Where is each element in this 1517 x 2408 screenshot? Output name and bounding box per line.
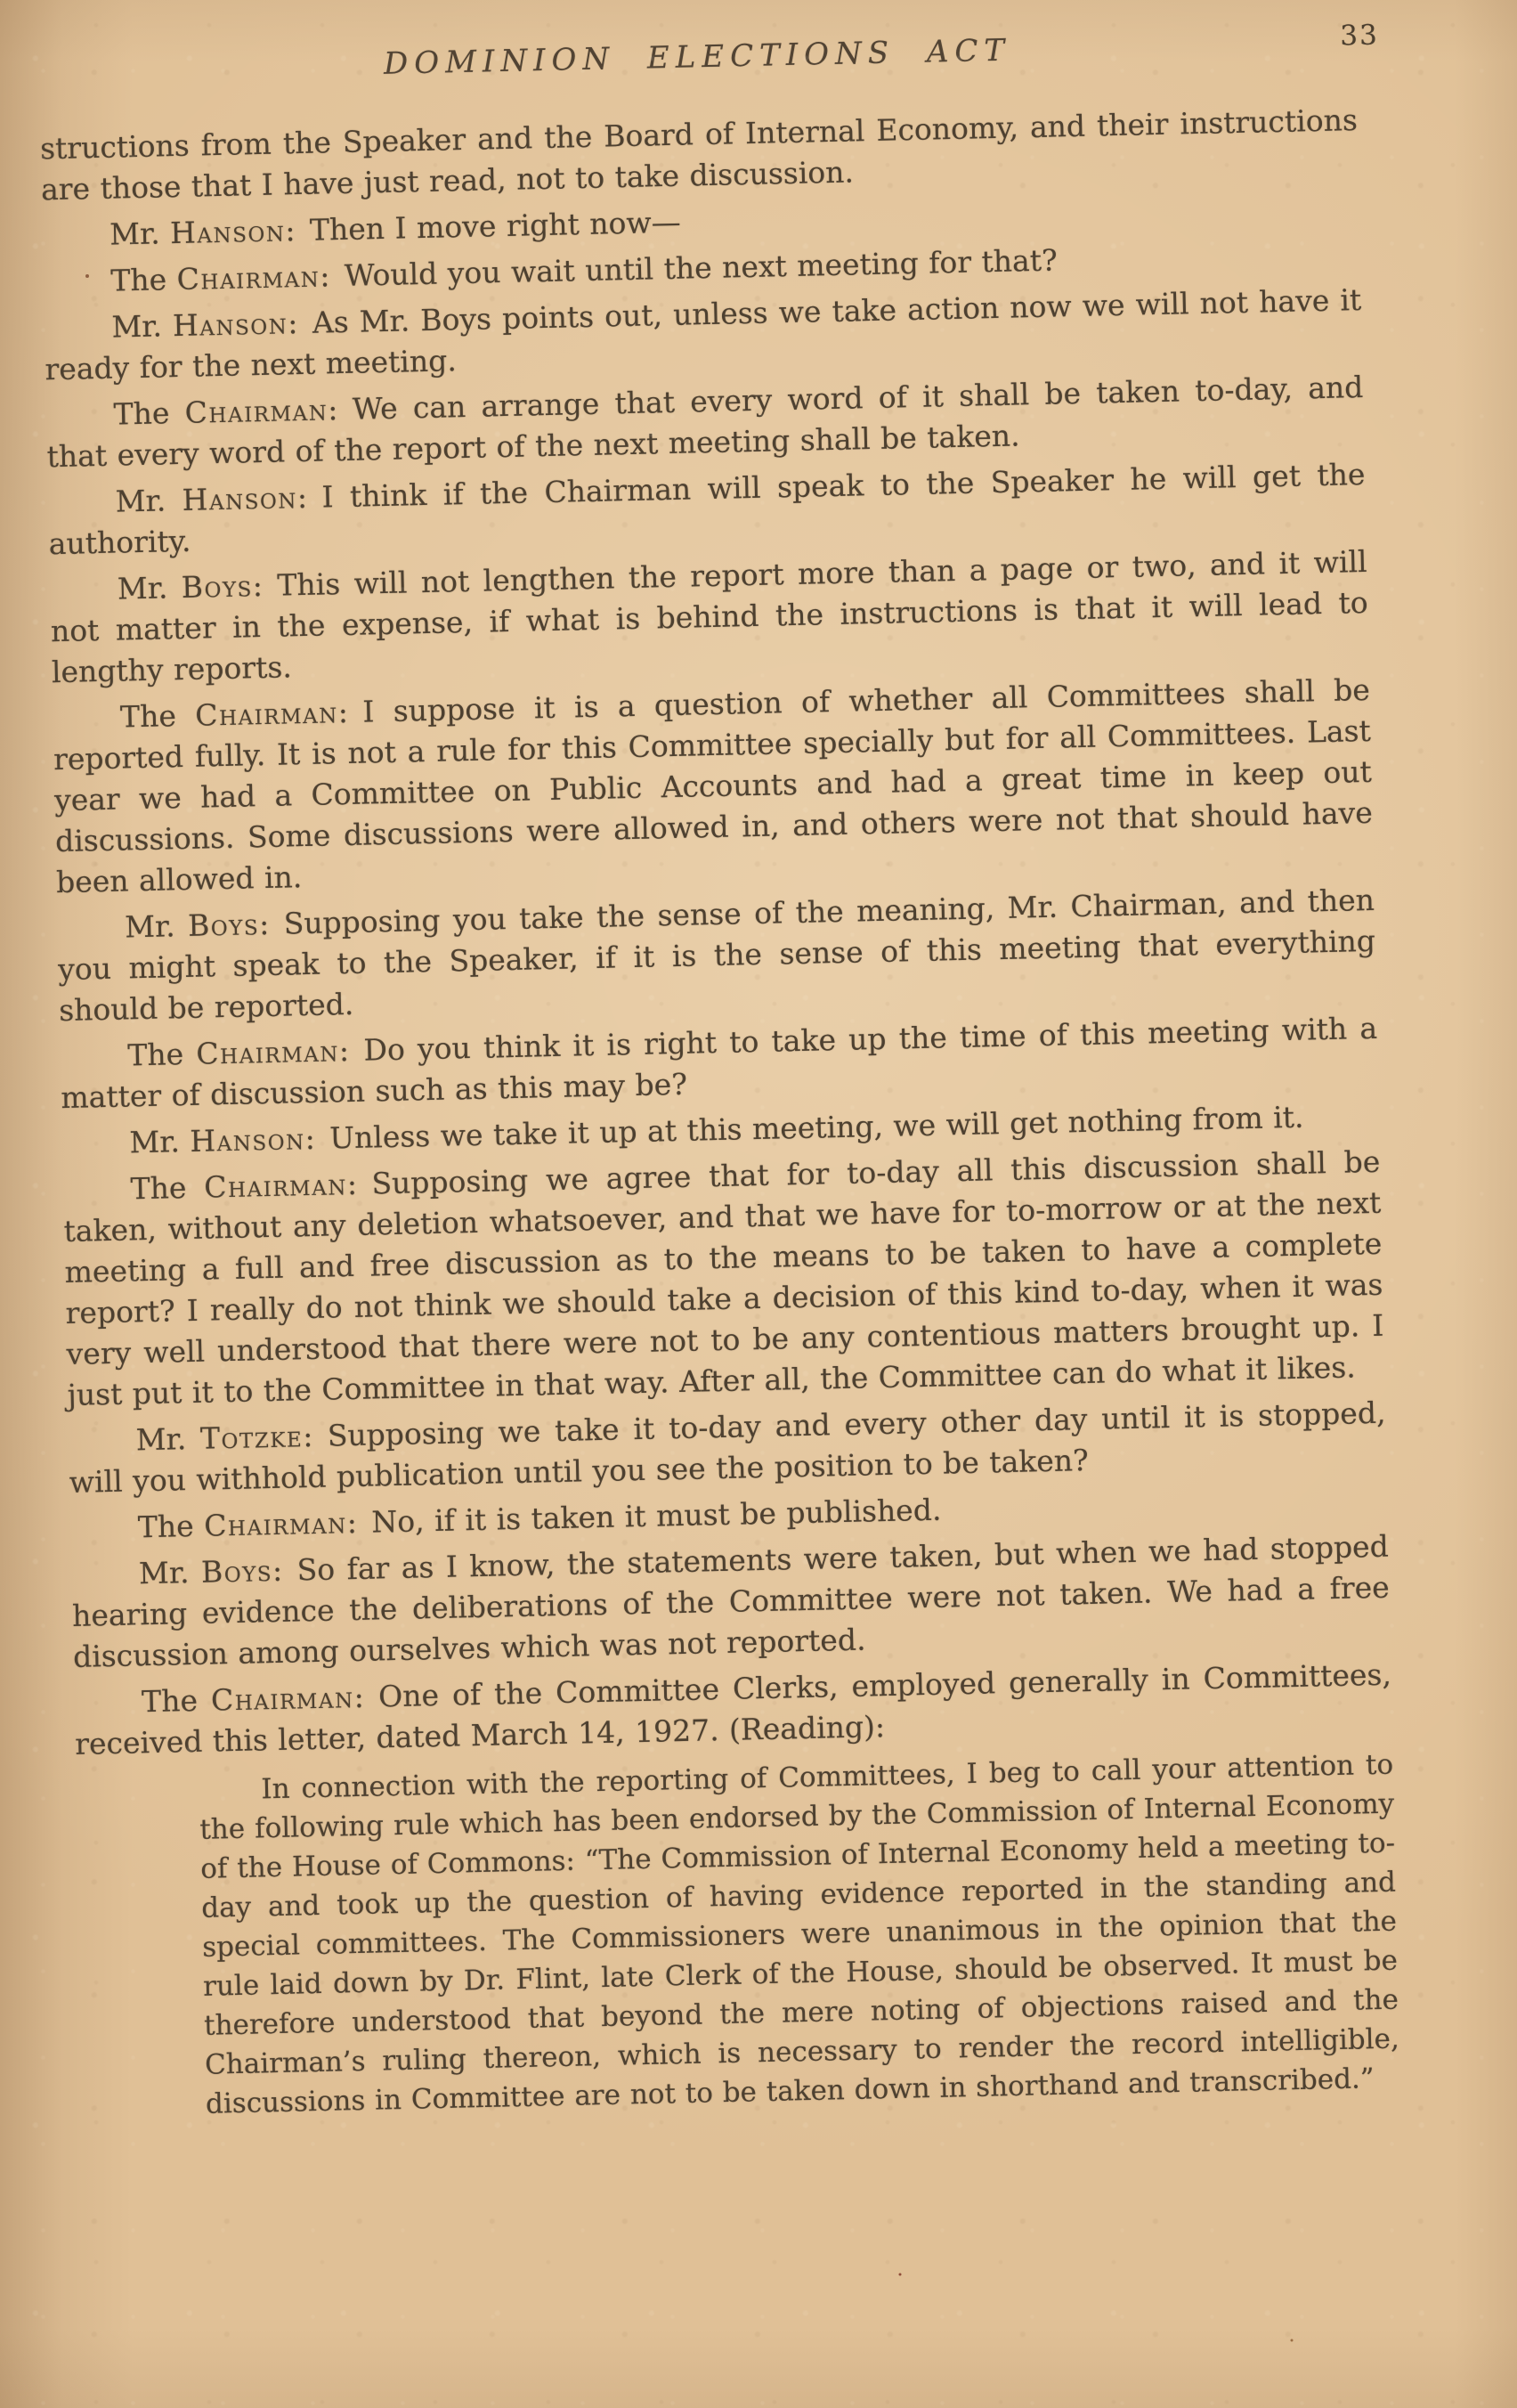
speaker-name: Chairman [204, 1167, 347, 1204]
speaker-label: Mr. Hanson: [115, 480, 322, 519]
speaker-name: Chairman [211, 1680, 354, 1717]
speaker-name: Chairman [204, 1505, 347, 1542]
speaker-name: Boys [201, 1553, 273, 1590]
book-page-scan: DOMINION ELECTIONS ACT 33 structions fro… [0, 0, 1517, 2408]
speaker-label: Mr. Boys: [125, 907, 284, 945]
speaker-label: The Chairman: [130, 1167, 372, 1207]
speaker-name: Hanson [182, 480, 297, 517]
speaker-name: Chairman [184, 392, 328, 429]
speaker-label: Mr. Hanson: [111, 305, 312, 345]
speaker-label: Mr. Hanson: [129, 1121, 330, 1160]
speaker-label: The Chairman: [127, 1033, 364, 1073]
speaker-label: The Chairman: [137, 1505, 371, 1545]
page-number: 33 [1340, 20, 1379, 53]
speaker-name: Chairman [196, 1033, 339, 1070]
paragraph: The Chairman: Supposing we agree that fo… [62, 1142, 1385, 1416]
speaker-label: The Chairman: [113, 392, 353, 432]
speaker-name: Hanson [190, 1121, 305, 1159]
speaker-name: Hanson [173, 305, 288, 343]
paragraph: The Chairman: I suppose it is a question… [53, 670, 1375, 903]
speaker-label: The Chairman: [120, 695, 363, 735]
speaker-label: The Chairman: [142, 1679, 379, 1719]
speaker-name: Boys [181, 568, 253, 605]
speaker-label: Mr. Boys: [139, 1552, 297, 1590]
speaker-label: Mr. Hanson: [110, 213, 311, 252]
speaker-label: The Chairman: [110, 258, 345, 298]
page-header: DOMINION ELECTIONS ACT 33 [38, 25, 1357, 105]
paragraph: Mr. Boys: Supposing you take the sense o… [57, 880, 1377, 1031]
running-title: DOMINION ELECTIONS ACT [38, 25, 1357, 89]
speaker-name: Chairman [195, 695, 338, 732]
speaker-name: Chairman [176, 259, 320, 297]
speaker-name: Hanson [170, 213, 286, 250]
speaker-label: Mr. Totzke: [135, 1419, 328, 1458]
paragraph: Mr. Boys: So far as I know, the statemen… [71, 1526, 1391, 1678]
paragraph: Mr. Boys: This will not lengthen the rep… [49, 541, 1369, 693]
speaker-label: Mr. Boys: [117, 568, 277, 606]
text-body: structions from the Speaker and the Boar… [40, 100, 1401, 2127]
speaker-name: Boys [188, 907, 260, 943]
letter-quote-paragraph: In connection with the reporting of Comm… [199, 1745, 1400, 2124]
speaker-name: Totzke [200, 1419, 304, 1456]
page-content: DOMINION ELECTIONS ACT 33 structions fro… [38, 25, 1401, 2132]
